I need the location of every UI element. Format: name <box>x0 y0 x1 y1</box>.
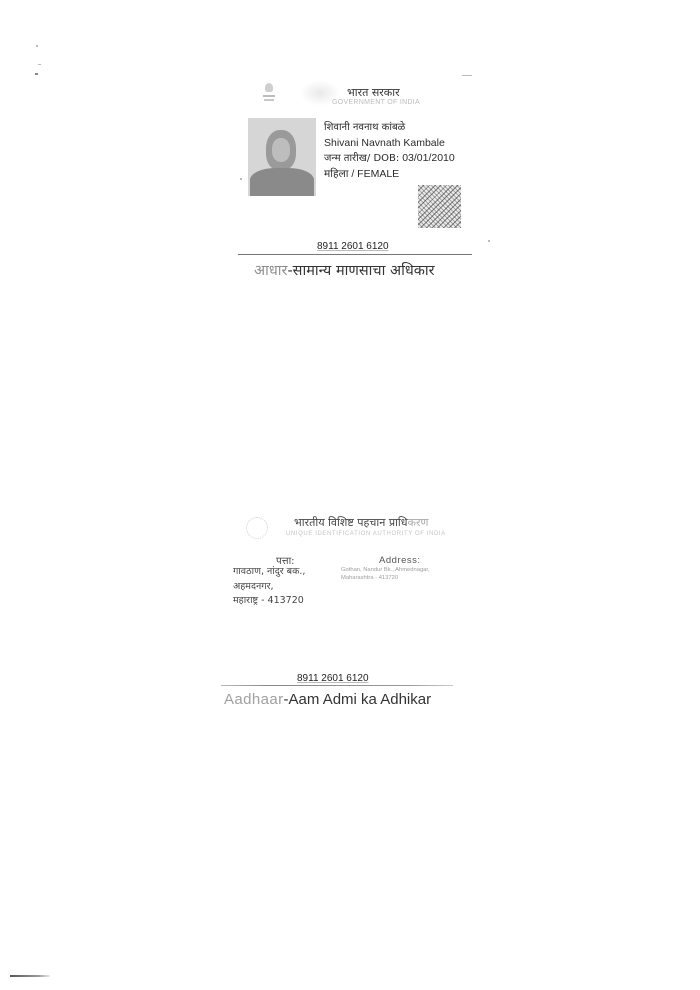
scan-speck <box>36 45 38 47</box>
dob-value: 03/01/2010 <box>402 152 455 164</box>
scan-speck <box>488 240 490 242</box>
aadhaar-logo-icon <box>246 517 268 539</box>
tagline-rest: -Aam Admi ka Adhikar <box>284 691 432 708</box>
divider <box>221 685 453 686</box>
name-hindi: शिवानी नवनाथ कांबळे <box>324 120 455 136</box>
scan-margin-mark <box>10 975 50 977</box>
scan-speck <box>240 178 242 180</box>
address-label-english: Address: <box>379 555 421 566</box>
address-english: Gothan, Nandur Bk., Ahmednagar, Maharash… <box>341 567 430 582</box>
tagline: Aadhaar-Aam Admi ka Adhikar <box>224 691 431 708</box>
name-english: Shivani Navnath Kambale <box>324 136 455 152</box>
holder-photo <box>248 118 316 196</box>
gender: महिला / FEMALE <box>324 167 455 183</box>
scan-speck <box>38 64 41 65</box>
address-hindi: गावठाण, नांदुर बक., अहमदनगर, महाराष्ट्र … <box>233 565 305 609</box>
scan-speck <box>462 75 472 76</box>
divider <box>238 254 472 255</box>
authority-hindi: भारतीय विशिष्ट पहचान प्राधिकरण <box>294 515 428 530</box>
dob-row: जन्म तारीख/ DOB: 03/01/2010 <box>324 151 455 167</box>
issuer-hindi: भारत सरकार <box>347 85 400 100</box>
tagline-light: आधार <box>254 263 287 279</box>
qr-code <box>418 185 461 228</box>
aadhaar-number: 8911 2601 6120 <box>317 241 389 252</box>
holder-details: शिवानी नवनाथ कांबळे Shivani Navnath Kamb… <box>324 120 455 182</box>
authority-english: UNIQUE IDENTIFICATION AUTHORITY OF INDIA <box>286 531 446 537</box>
tagline-light: Aadhaar <box>224 691 284 708</box>
ashoka-emblem-icon <box>262 83 276 105</box>
dob-label: जन्म तारीख/ DOB: <box>324 153 399 164</box>
tagline: आधार-सामान्य माणसाचा अधिकार <box>254 260 435 280</box>
aadhaar-number: 8911 2601 6120 <box>297 673 369 684</box>
tagline-rest: -सामान्य माणसाचा अधिकार <box>287 263 434 279</box>
issuer-english: GOVERNMENT OF INDIA <box>332 99 420 106</box>
scan-speck <box>35 73 38 75</box>
